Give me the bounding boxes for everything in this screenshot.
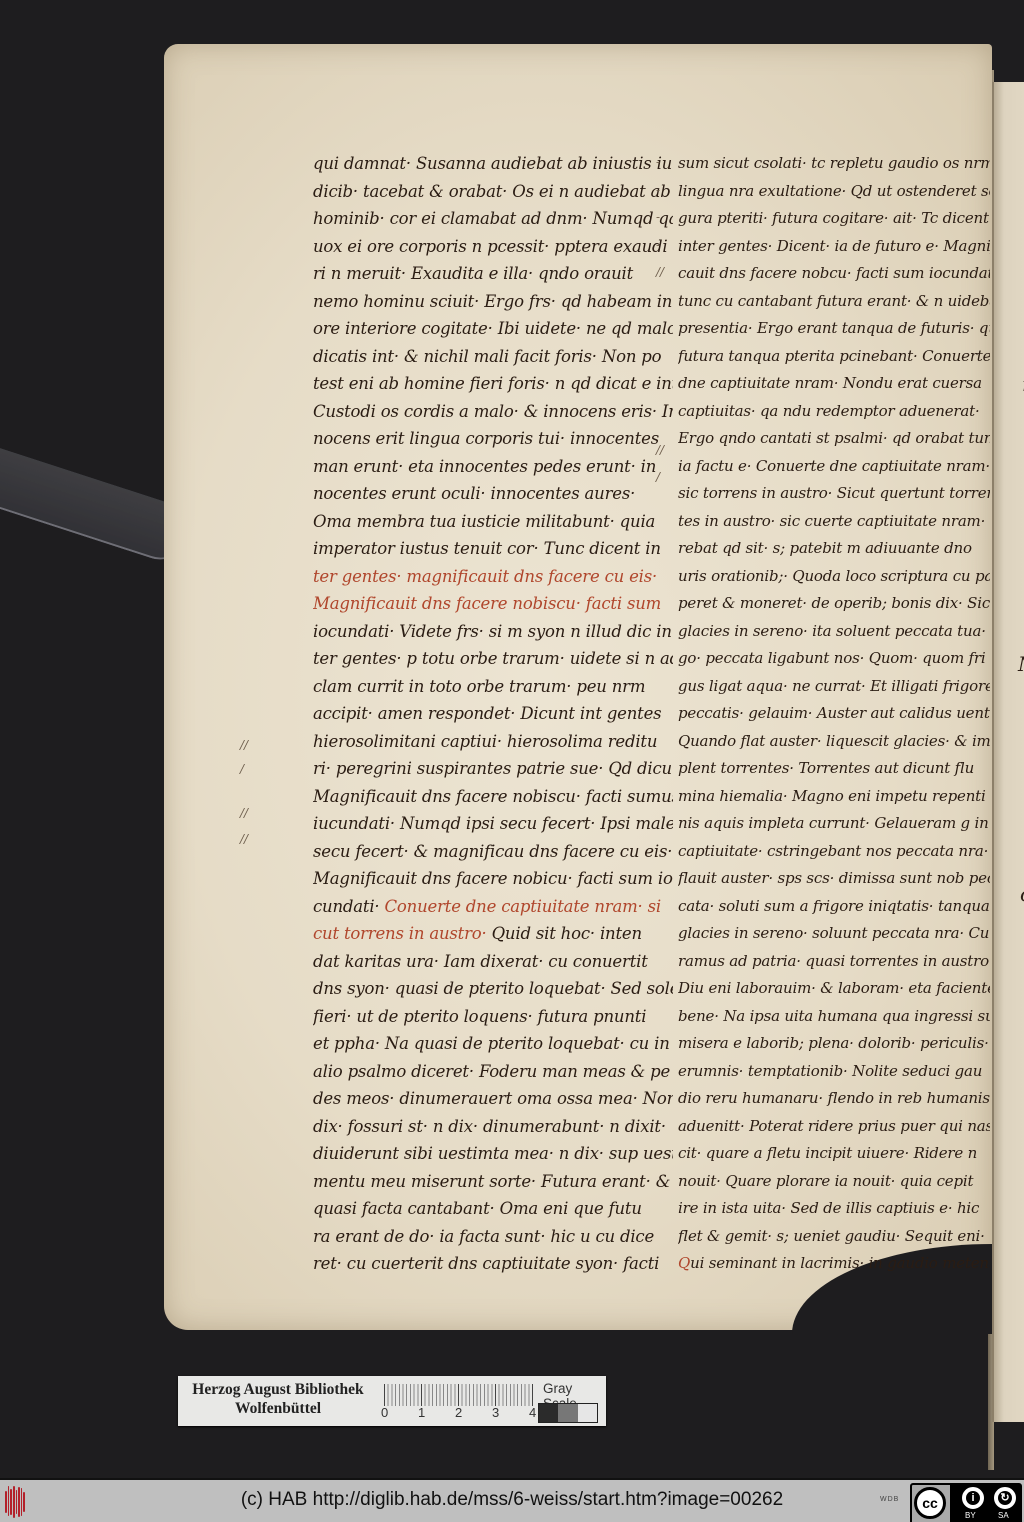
ruler-label-1: 1 [418,1405,425,1420]
manuscript-line: Magnificauit dns facere nobicu· facti su… [313,865,673,893]
manuscript-line: dat karitas ura· Iam dixerat· cu conuert… [313,948,673,976]
manuscript-line: Ergo qndo cantati st psalmi· qd orabat t… [678,425,990,453]
manuscript-line: Oma membra tua iusticie militabunt· quia [313,508,673,536]
manuscript-line: mentu meu miserunt sorte· Futura erant· … [313,1168,673,1196]
manuscript-line: imperator iustus tenuit cor· Tunc dicent… [313,535,673,563]
manuscript-line: Custodi os cordis a malo· & innocens eri… [313,398,673,426]
cc-by-icon: i [962,1487,984,1509]
manuscript-line: erumnis· temptationib· Nolite seduci gau [678,1058,990,1086]
margin-mark: // [656,265,664,279]
copyright-link[interactable]: (c) HAB http://diglib.hab.de/mss/6-weiss… [0,1489,1024,1511]
manuscript-line: nocentes erunt oculi· innocentes aures· [313,480,673,508]
facing-page-edge: r N c [992,82,1024,1422]
manuscript-line: peret & moneret· de operib; bonis dix· S… [678,590,990,618]
manuscript-line: clam currit in toto orbe trarum· peu nrm [313,673,673,701]
manuscript-line: ore interiore cogitate· Ibi uidete· ne q… [313,315,673,343]
manuscript-line: cut torrens in austro· Quid sit hoc· int… [313,920,673,948]
manuscript-line: lingua nra exultatione· Qd ut ostenderet… [678,178,990,206]
manuscript-line: misera e laborib; plena· dolorib· pericu… [678,1030,990,1058]
ruler-label-4: 4 [529,1405,536,1420]
manuscript-line: dns syon· quasi de pterito loquebat· Sed… [313,975,673,1003]
cc-icon: cc [914,1487,946,1519]
manuscript-line: fieri· ut de pterito loquens· futura pnu… [313,1003,673,1031]
manuscript-line: dix· fossuri st· n dix· dinumerabunt· n … [313,1113,673,1141]
manuscript-line: glacies in sereno· ita soluent peccata t… [678,618,990,646]
manuscript-line: nemo hominu sciuit· Ergo frs· qd habeam … [313,288,673,316]
manuscript-line: ra erant de do· ia facta sunt· hic u cu … [313,1223,673,1251]
manuscript-line: iocundati· Videte frs· si m syon n illud… [313,618,673,646]
grayscale-swatches [538,1403,598,1423]
cc-license-badge[interactable]: cc i ↻ BY SA [910,1483,1022,1522]
manuscript-line: Qui seminant in lacrimis· in gaudio mete… [678,1250,990,1278]
manuscript-line: glacies in sereno· soluunt peccata nra· … [678,920,990,948]
manuscript-line: alio psalmo diceret· Foderu man meas & p… [313,1058,673,1086]
manuscript-line: presentia· Ergo erant tanqua de futuris·… [678,315,990,343]
manuscript-line: sic torrens in austro· Sicut quertunt to… [678,480,990,508]
cc-sa-label: SA [998,1511,1009,1520]
margin-mark: // [240,832,248,846]
manuscript-line: dicatis int· & nichil mali facit foris· … [313,343,673,371]
margin-mark: - [656,183,660,197]
manuscript-line: des meos· dinumerauert oma ossa mea· Non [313,1085,673,1113]
manuscript-line: ia factu e· Conuerte dne captiuitate nra… [678,453,990,481]
manuscript-line: ter gentes· p totu orbe trarum· uidete s… [313,645,673,673]
facing-page-letter: c [1020,882,1024,906]
manuscript-line: bene· Na ipsa uita humana qua ingressi s… [678,1003,990,1031]
manuscript-line: accipit· amen respondet· Dicunt int gent… [313,700,673,728]
manuscript-line: dio reru humanaru· flendo in reb humanis [678,1085,990,1113]
library-name-line1: Herzog August Bibliothek [178,1380,378,1399]
margin-mark: - [656,238,660,252]
manuscript-line: uris orationib;· Quoda loco scriptura cu… [678,563,990,591]
cc-sa-icon: ↻ [994,1487,1016,1509]
manuscript-line: mina hiemalia· Magno eni impetu repenti [678,783,990,811]
text-column-left: qui damnat· Susanna audiebat ab iniustis… [313,150,673,1278]
margin-mark: / [240,762,244,776]
cm-ruler [384,1384,534,1406]
manuscript-line: captiuitas· qa ndu redemptor aduenerat· [678,398,990,426]
margin-mark: // [240,738,248,752]
manuscript-line: cit· quare a fletu incipit uiuere· Rider… [678,1140,990,1168]
manuscript-line: quasi facta cantabant· Oma eni que futu [313,1195,673,1223]
manuscript-line: diuiderunt sibi uestimta mea· n dix· sup… [313,1140,673,1168]
margin-mark: - [656,210,660,224]
manuscript-image-viewer: r N c qui damnat· Susanna audiebat ab in… [0,0,1024,1478]
manuscript-line: ire in ista uita· Sed de illis captiuis … [678,1195,990,1223]
manuscript-line: hierosolimitani captiui· hierosolima red… [313,728,673,756]
manuscript-line: aduenitt· Poterat ridere prius puer qui … [678,1113,990,1141]
manuscript-line: ri· peregrini suspirantes patrie sue· Qd… [313,755,673,783]
manuscript-line: dne captiuitate nram· Nondu erat cuersa [678,370,990,398]
manuscript-line: man erunt· eta innocentes pedes erunt· i… [313,453,673,481]
manuscript-line: captiuitate· cstringebant nos peccata nr… [678,838,990,866]
manuscript-line: hominib· cor ei clamabat ad dnm· Numqd q… [313,205,673,233]
manuscript-line: rebat qd sit· s; patebit m adiuuante dno [678,535,990,563]
manuscript-line: qui damnat· Susanna audiebat ab iniustis… [313,150,673,178]
margin-mark: // [656,443,664,457]
manuscript-line: ter gentes· magnificauit dns facere cu e… [313,563,673,591]
swatch-light [578,1404,597,1422]
manuscript-line: Diu eni laborauim· & laboram· eta facien… [678,975,990,1003]
cc-by-label: BY [965,1511,976,1520]
library-name: Herzog August Bibliothek Wolfenbüttel [178,1380,378,1418]
manuscript-line: Magnificauit dns facere nobiscu· facti s… [313,590,673,618]
manuscript-line: nocens erit lingua corporis tui· innocen… [313,425,673,453]
manuscript-line: nis aquis impleta currunt· Gelaueram g i… [678,810,990,838]
manuscript-line: secu fecert· & magnificau dns facere cu … [313,838,673,866]
margin-mark: // [240,806,248,820]
manuscript-line: go· peccata ligabunt nos· Quom· quom fri [678,645,990,673]
manuscript-line: plent torrentes· Torrentes aut dicunt fl… [678,755,990,783]
manuscript-line: gura pteriti· futura cogitare· ait· Tc d… [678,205,990,233]
manuscript-line: ret· cu cuerterit dns captiuitate syon· … [313,1250,673,1278]
swatch-mid [558,1404,577,1422]
swatch-dark [539,1404,558,1422]
manuscript-line: Magnificauit dns facere nobiscu· facti s… [313,783,673,811]
manuscript-line: cauit dns facere nobcu· facti sum iocund… [678,260,990,288]
manuscript-line: ri n meruit· Exaudita e illa· qndo oraui… [313,260,673,288]
manuscript-line: iucundati· Numqd ipsi secu fecert· Ipsi … [313,810,673,838]
facing-page-letter: N [1018,652,1024,676]
ruler-label-0: 0 [381,1405,388,1420]
margin-mark: - [656,155,660,169]
manuscript-line: et ppha· Na quasi de pterito loquebat· c… [313,1030,673,1058]
footer-bar: (c) HAB http://diglib.hab.de/mss/6-weiss… [0,1478,1024,1522]
manuscript-line: cundati· Conuerte dne captiuitate nram· … [313,893,673,921]
manuscript-line: dicib· tacebat & orabat· Os ei n audieba… [313,178,673,206]
manuscript-line: nouit· Quare plorare ia nouit· quia cepi… [678,1168,990,1196]
manuscript-line: tunc cu cantabant futura erant· & n uide… [678,288,990,316]
color-scale-card: Herzog August Bibliothek Wolfenbüttel 0 … [178,1376,606,1426]
manuscript-line: test eni ab homine fieri foris· n qd dic… [313,370,673,398]
manuscript-line: tes in austro· sic cuerte captiuitate nr… [678,508,990,536]
manuscript-line: inter gentes· Dicent· ia de futuro e· Ma… [678,233,990,261]
ruler-label-2: 2 [455,1405,462,1420]
manuscript-line: flauit auster· sps scs· dimissa sunt nob… [678,865,990,893]
wdb-mark: WDB [880,1496,899,1503]
manuscript-line: peccatis· gelauim· Auster aut calidus ue… [678,700,990,728]
library-name-line2: Wolfenbüttel [178,1399,378,1418]
manuscript-line: sum sicut csolati· tc repletu gaudio os … [678,150,990,178]
manuscript-line: ramus ad patria· quasi torrentes in aust… [678,948,990,976]
manuscript-line: uox ei ore corporis n pcessit· pptera ex… [313,233,673,261]
ruler-label-3: 3 [492,1405,499,1420]
manuscript-line: cata· soluti sum a frigore iniqtatis· ta… [678,893,990,921]
manuscript-line: flet & gemit· s; ueniet gaudiu· Sequit e… [678,1223,990,1251]
manuscript-line: futura tanqua pterita pcinebant· Conuert… [678,343,990,371]
manuscript-line: gus ligat aqua· ne currat· Et illigati f… [678,673,990,701]
margin-mark: / [656,470,660,484]
text-column-right: sum sicut csolati· tc repletu gaudio os … [678,150,990,1278]
manuscript-line: Quando flat auster· liquescit glacies· &… [678,728,990,756]
